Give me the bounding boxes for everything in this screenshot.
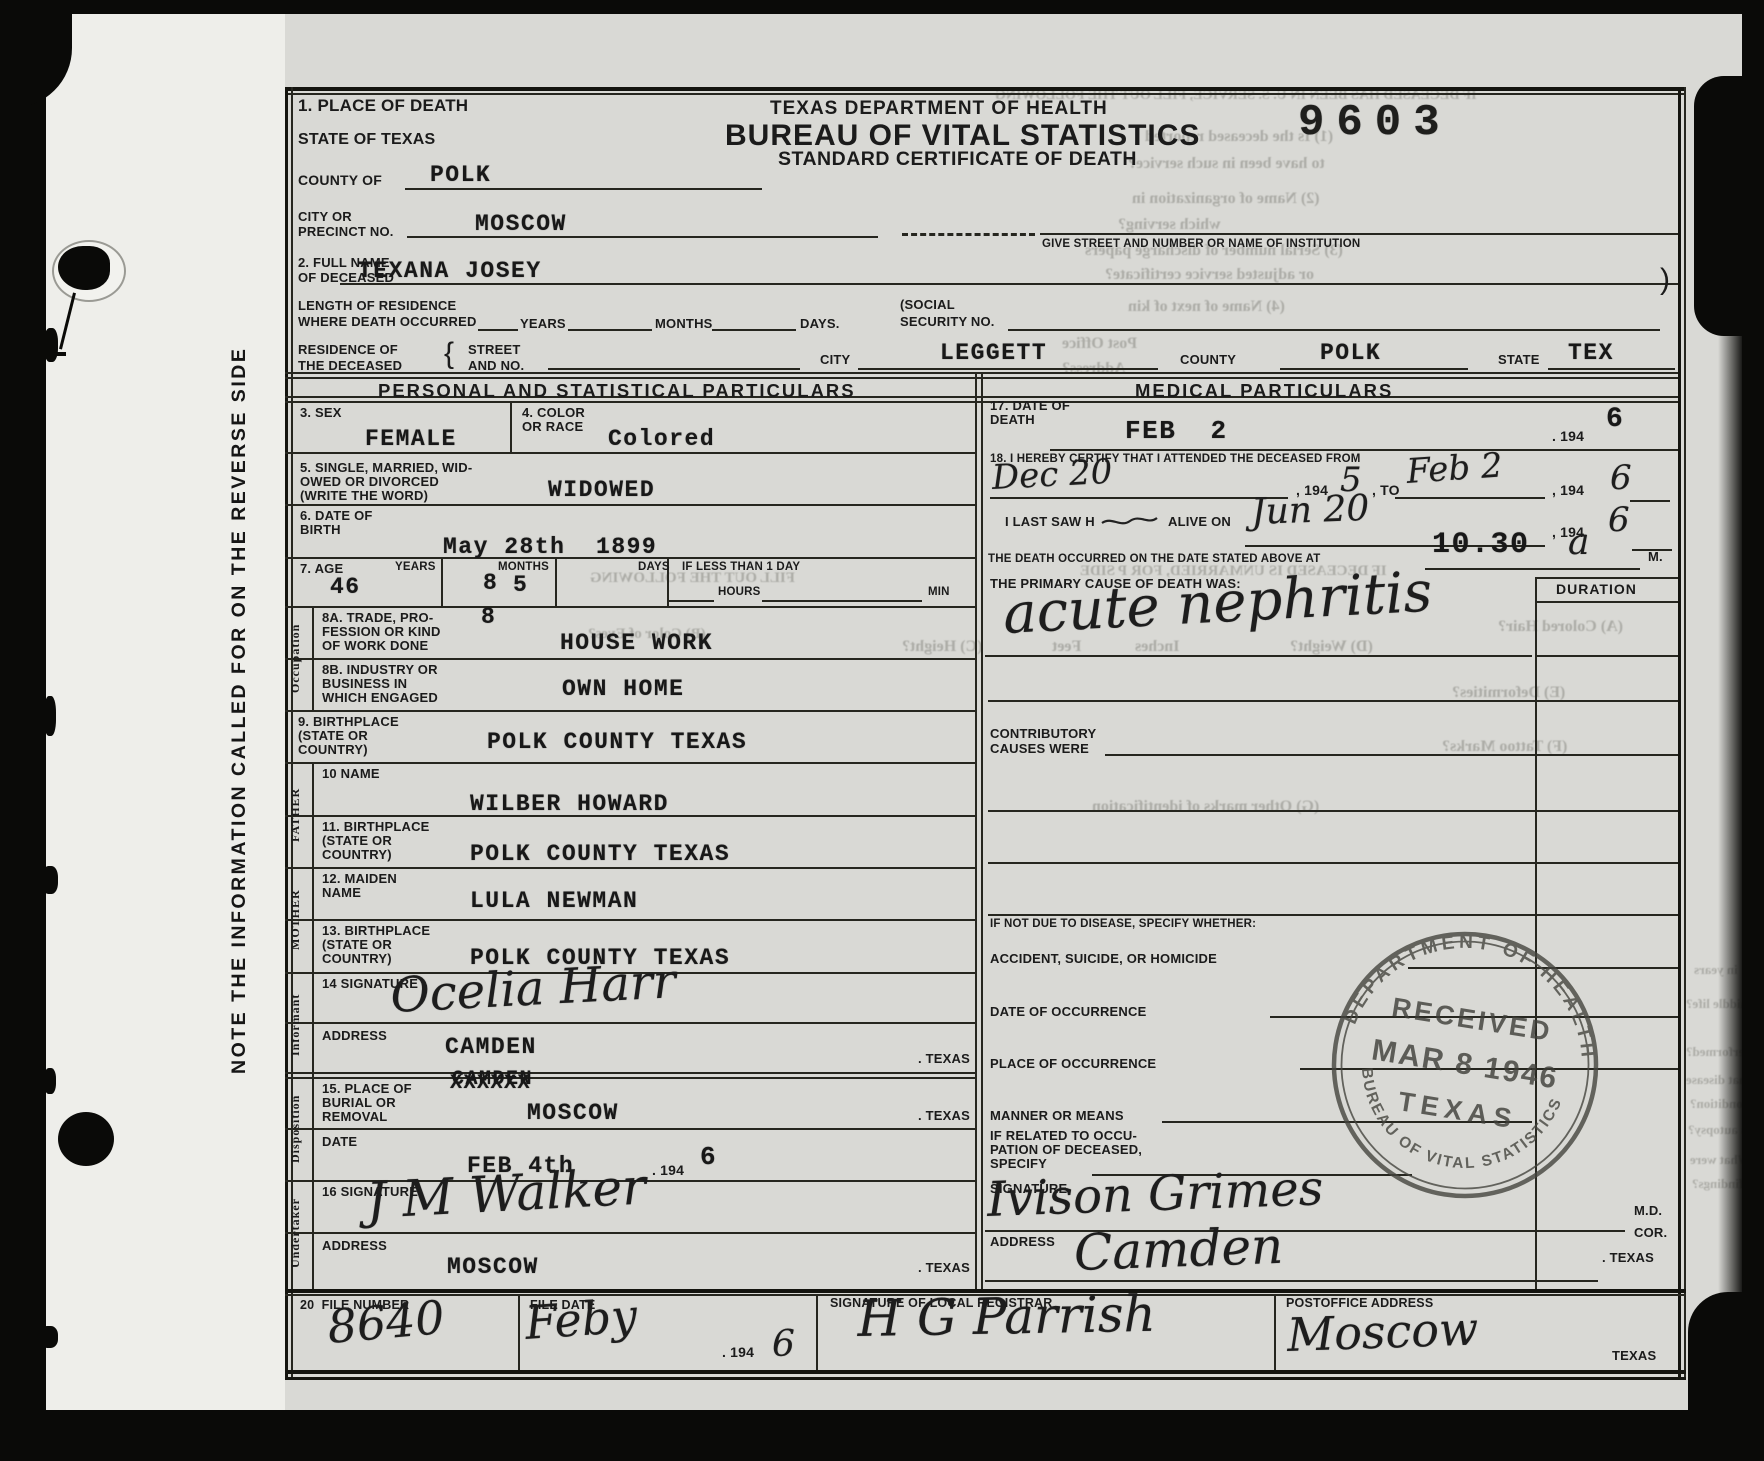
residence-of-label-1: RESIDENCE OF bbox=[298, 342, 398, 357]
marital-label-3: (WRITE THE WORD) bbox=[300, 488, 428, 503]
full-name-value: TEXANA JOSEY bbox=[358, 258, 542, 284]
paper-crack bbox=[52, 352, 66, 356]
m-label: M. bbox=[1648, 549, 1663, 564]
stray-typed-digit: 8 bbox=[481, 604, 496, 630]
bleed-through-line: Inches bbox=[1135, 638, 1179, 656]
birthplace-value: POLK COUNTY TEXAS bbox=[487, 729, 747, 755]
rule bbox=[285, 762, 975, 764]
state-of-texas-label: STATE OF TEXAS bbox=[298, 131, 435, 150]
rule bbox=[1280, 368, 1468, 370]
rule bbox=[285, 1232, 975, 1234]
rule bbox=[712, 329, 796, 331]
rule bbox=[285, 658, 975, 660]
paper-tear bbox=[40, 1326, 58, 1348]
texas-suffix: . TEXAS bbox=[918, 1108, 970, 1123]
years-label: YEARS bbox=[520, 316, 566, 331]
industry-label-3: WHICH ENGAGED bbox=[322, 690, 438, 705]
bleed-through-line: (4) Name of next of kin bbox=[1128, 298, 1285, 316]
industry-value: OWN HOME bbox=[562, 676, 684, 702]
paper-tear bbox=[44, 696, 56, 736]
birthplace-label-3: COUNTRY) bbox=[298, 742, 368, 757]
undertaker-side-label: Undertaker bbox=[288, 1180, 308, 1287]
certificate-number: 9603 bbox=[1298, 98, 1452, 148]
father-bp-label-3: COUNTRY) bbox=[322, 847, 392, 862]
rule bbox=[285, 504, 975, 506]
dod-label-2: DEATH bbox=[990, 412, 1035, 427]
disposition-side-label: Disposition bbox=[288, 1077, 308, 1180]
year-194-label: . 194 bbox=[722, 1344, 754, 1361]
sex-label: 3. SEX bbox=[300, 405, 342, 420]
rule bbox=[548, 368, 800, 370]
rule bbox=[1535, 577, 1678, 579]
city-or-label: CITY OR bbox=[298, 209, 352, 224]
institution-note-label: GIVE STREET AND NUMBER OR NAME OF INSTIT… bbox=[1042, 238, 1360, 252]
and-no-label: AND NO. bbox=[468, 358, 524, 373]
if-less-label: IF LESS THAN 1 DAY bbox=[682, 561, 800, 575]
received-stamp: DEPARTMENT OF HEALTH BUREAU OF VITAL STA… bbox=[1301, 901, 1628, 1228]
rule bbox=[1050, 449, 1678, 451]
last-saw-value: Jun 20 bbox=[1251, 488, 1370, 533]
contributory-label-1: CONTRIBUTORY bbox=[990, 726, 1096, 741]
rule bbox=[510, 401, 512, 452]
age-months-value: 8 bbox=[483, 570, 498, 596]
date-occurrence-label: DATE OF OCCURRENCE bbox=[990, 1004, 1146, 1019]
scan-edge-left bbox=[0, 0, 46, 1461]
attended-to-value: Feb 2 bbox=[1405, 445, 1504, 492]
months-label: MONTHS bbox=[655, 316, 713, 331]
trade-label-3: OF WORK DONE bbox=[322, 638, 428, 653]
rule bbox=[285, 919, 975, 921]
rule bbox=[816, 1294, 818, 1370]
residence-of-label-2: THE DECEASED bbox=[298, 358, 402, 373]
color-race-value: Colored bbox=[608, 426, 715, 452]
brace: { bbox=[444, 336, 454, 371]
burial-year-digit: 6 bbox=[700, 1142, 717, 1172]
physician-address-value: Camden bbox=[1073, 1217, 1284, 1282]
days-label: DAYS. bbox=[800, 316, 840, 331]
rule bbox=[858, 368, 1158, 370]
bleed-through-line: to have been in such service? bbox=[1128, 155, 1325, 173]
color-race-label-2: OR RACE bbox=[522, 419, 583, 434]
scan-edge-bottom bbox=[0, 1410, 1764, 1461]
mother-bp-label-3: COUNTRY) bbox=[322, 951, 392, 966]
informant-address-label: ADDRESS bbox=[322, 1028, 387, 1043]
social-label: (SOCIAL bbox=[900, 297, 955, 312]
last-saw-label-1: I LAST SAW H bbox=[1005, 514, 1095, 529]
age-years-label: YEARS bbox=[395, 561, 436, 575]
to-year-digit: 6 bbox=[1610, 458, 1632, 498]
bleed-through-line: (C) Height? bbox=[902, 638, 982, 656]
rule bbox=[981, 372, 983, 1289]
accident-label: ACCIDENT, SUICIDE, OR HOMICIDE bbox=[990, 951, 1217, 966]
marital-value: WIDOWED bbox=[548, 477, 655, 503]
burial-label-3: REMOVAL bbox=[322, 1109, 387, 1124]
maiden-label-2: NAME bbox=[322, 885, 361, 900]
paper-tear bbox=[44, 1068, 56, 1094]
rule bbox=[1425, 568, 1640, 570]
mother-side-label: MOTHER bbox=[288, 867, 308, 972]
paper-tear bbox=[44, 328, 58, 362]
footer-texas-label: TEXAS bbox=[1612, 1348, 1656, 1363]
rule bbox=[1395, 497, 1545, 499]
length-residence-label-1: LENGTH OF RESIDENCE bbox=[298, 298, 456, 313]
trade-value: HOUSE WORK bbox=[560, 630, 713, 656]
county-of-label: COUNTY OF bbox=[298, 172, 382, 189]
hours-label: HOURS bbox=[718, 586, 761, 600]
bleed-through-line: (2) Name of organization in bbox=[1132, 190, 1320, 208]
related-label-3: SPECIFY bbox=[990, 1156, 1047, 1171]
margin-note-vertical: NOTE THE INFORMATION CALLED FOR ON THE R… bbox=[228, 318, 262, 1102]
texas-suffix: . TEXAS bbox=[1602, 1250, 1654, 1265]
security-no-label: SECURITY NO. bbox=[900, 314, 995, 329]
scan-edge-right-blob-top bbox=[1694, 76, 1764, 336]
rule bbox=[1535, 601, 1678, 603]
dod-value: FEB 2 bbox=[1125, 416, 1228, 446]
rule bbox=[285, 1370, 1686, 1374]
dob-value: May 28th 1899 bbox=[443, 534, 657, 560]
dod-year-digit: 6 bbox=[1606, 404, 1624, 435]
rule bbox=[285, 1077, 975, 1079]
scan-edge-top bbox=[0, 0, 1764, 14]
place-of-death-label: 1. PLACE OF DEATH bbox=[298, 96, 468, 116]
min-label: MIN bbox=[928, 586, 950, 600]
rule bbox=[285, 710, 975, 712]
rule bbox=[441, 557, 443, 606]
maiden-value: LULA NEWMAN bbox=[470, 888, 638, 914]
rule bbox=[405, 188, 762, 190]
informant-address-value: CAMDEN bbox=[445, 1034, 537, 1060]
paper-tear bbox=[42, 866, 58, 894]
rule bbox=[285, 1128, 975, 1130]
bleed-through-line: (D) Weight? bbox=[1290, 638, 1373, 656]
city-value: MOSCOW bbox=[475, 211, 567, 237]
father-name-label: 10 NAME bbox=[322, 766, 380, 781]
rule bbox=[478, 329, 518, 331]
file-number-value: 8640 bbox=[325, 1290, 446, 1354]
county-value: POLK bbox=[430, 162, 491, 188]
duration-label: DURATION bbox=[1556, 581, 1637, 598]
file-year-digit: 6 bbox=[772, 1324, 795, 1365]
city2-label: CITY bbox=[820, 352, 850, 367]
sex-value: FEMALE bbox=[365, 426, 457, 452]
rule bbox=[285, 452, 975, 454]
texas-suffix: . TEXAS bbox=[918, 1051, 970, 1066]
bleed-through-line: (A) Colored Hair? bbox=[1498, 618, 1623, 636]
occupation-side-label: Occupation bbox=[288, 606, 308, 710]
rule bbox=[518, 1294, 520, 1370]
last-saw-label-2: ALIVE ON bbox=[1168, 514, 1231, 529]
struck-address-overtype: XXXXXX bbox=[450, 1072, 531, 1095]
age-days-label: DAYS bbox=[638, 561, 670, 575]
state2-label: STATE bbox=[1498, 352, 1540, 367]
year-194-label: . 194 bbox=[652, 1162, 684, 1179]
bleed-through-line: or adjusted service certificate? bbox=[1105, 266, 1314, 284]
rule bbox=[1105, 754, 1678, 756]
death-time-value: 10.30 bbox=[1432, 528, 1530, 562]
age-years-value: 46 bbox=[330, 574, 361, 600]
registrar-signature: H G Parrish bbox=[857, 1285, 1156, 1348]
manner-means-label: MANNER OR MEANS bbox=[990, 1108, 1124, 1123]
contributory-label-2: CAUSES WERE bbox=[990, 741, 1089, 756]
medical-section-title: MEDICAL PARTICULARS bbox=[1135, 380, 1393, 402]
rule bbox=[1008, 329, 1660, 331]
rule bbox=[975, 372, 977, 1289]
to-label: , TO bbox=[1372, 482, 1400, 499]
rule bbox=[1678, 87, 1681, 1377]
rule bbox=[1630, 500, 1670, 502]
undertaker-address-value: MOSCOW bbox=[447, 1254, 539, 1280]
scanned-death-certificate: IF DECEASED HAS BEEN IN U. S. SERVICE, F… bbox=[0, 0, 1764, 1461]
informant-side-label: Informant bbox=[288, 972, 308, 1077]
bleed-through-line: which serving? bbox=[1118, 216, 1221, 234]
md-label: M.D. bbox=[1634, 1203, 1662, 1218]
bleed-through-line: Post Office bbox=[1062, 335, 1137, 353]
strikeout-squiggle bbox=[1100, 514, 1160, 530]
father-bp-value: POLK COUNTY TEXAS bbox=[470, 841, 730, 867]
precinct-no-label: PRECINCT NO. bbox=[298, 224, 394, 239]
attended-from-value: Dec 20 bbox=[991, 452, 1113, 498]
rule bbox=[285, 1377, 1686, 1380]
rule bbox=[902, 233, 1035, 236]
rule bbox=[668, 600, 714, 602]
age-days-value: 5 bbox=[513, 572, 528, 598]
rule bbox=[988, 862, 1678, 864]
rule bbox=[312, 762, 314, 1289]
rule bbox=[1040, 233, 1678, 235]
rule bbox=[1548, 368, 1675, 370]
postoffice-value: Moscow bbox=[1286, 1301, 1479, 1362]
not-disease-label: IF NOT DUE TO DISEASE, SPECIFY WHETHER: bbox=[990, 918, 1256, 932]
cor-label: COR. bbox=[1634, 1225, 1667, 1240]
death-time-suffix: a bbox=[1568, 522, 1589, 563]
bleed-through-line: (G) Other marks of identification bbox=[1092, 798, 1319, 816]
undertaker-address-label: ADDRESS bbox=[322, 1238, 387, 1253]
scan-edge-right-blob-bottom bbox=[1688, 1292, 1764, 1461]
certificate-title: STANDARD CERTIFICATE OF DEATH bbox=[778, 148, 1137, 171]
state2-value: TEX bbox=[1568, 340, 1614, 366]
rule bbox=[1537, 655, 1678, 657]
year-194-label: , 194 bbox=[1552, 482, 1584, 499]
punch-hole-top bbox=[58, 246, 110, 290]
year-194-label: . 194 bbox=[1552, 428, 1584, 445]
rule bbox=[285, 87, 1686, 91]
rule bbox=[990, 497, 1288, 499]
stamp-state: TEXAS bbox=[1396, 1086, 1519, 1134]
burial-value: MOSCOW bbox=[527, 1100, 619, 1126]
rule bbox=[285, 1072, 975, 1074]
street-label: STREET bbox=[468, 342, 520, 357]
file-date-value: Feby bbox=[523, 1288, 639, 1350]
county2-value: POLK bbox=[1320, 340, 1381, 366]
punch-hole-bottom bbox=[58, 1112, 114, 1166]
place-occurrence-label: PLACE OF OCCURRENCE bbox=[990, 1056, 1156, 1071]
rule bbox=[285, 867, 975, 869]
physician-address-label: ADDRESS bbox=[990, 1234, 1055, 1249]
rule bbox=[762, 600, 922, 602]
rule bbox=[988, 914, 1678, 916]
rule bbox=[985, 655, 1532, 657]
rule bbox=[285, 93, 1686, 95]
county2-label: COUNTY bbox=[1180, 352, 1236, 367]
rule bbox=[285, 606, 975, 608]
last-saw-year-digit: 6 bbox=[1608, 500, 1630, 540]
paren-close: ) bbox=[1660, 262, 1670, 297]
rule bbox=[1274, 1294, 1276, 1370]
dob-label-2: BIRTH bbox=[300, 522, 341, 537]
rule bbox=[568, 329, 652, 331]
texas-suffix: . TEXAS bbox=[918, 1260, 970, 1275]
rule bbox=[555, 557, 557, 606]
father-side-label: FATHER bbox=[288, 762, 308, 867]
death-occurred-label: THE DEATH OCCURRED ON THE DATE STATED AB… bbox=[988, 553, 1320, 567]
burial-date-label: DATE bbox=[322, 1134, 357, 1149]
rule bbox=[285, 1022, 975, 1024]
personal-section-title: PERSONAL AND STATISTICAL PARTICULARS bbox=[378, 380, 856, 402]
rule bbox=[988, 700, 1678, 702]
father-name-value: WILBER HOWARD bbox=[470, 791, 669, 817]
city2-value: LEGGETT bbox=[940, 340, 1047, 366]
rule bbox=[988, 810, 1678, 812]
rule bbox=[1684, 87, 1686, 1377]
length-residence-label-2: WHERE DEATH OCCURRED bbox=[298, 314, 477, 329]
